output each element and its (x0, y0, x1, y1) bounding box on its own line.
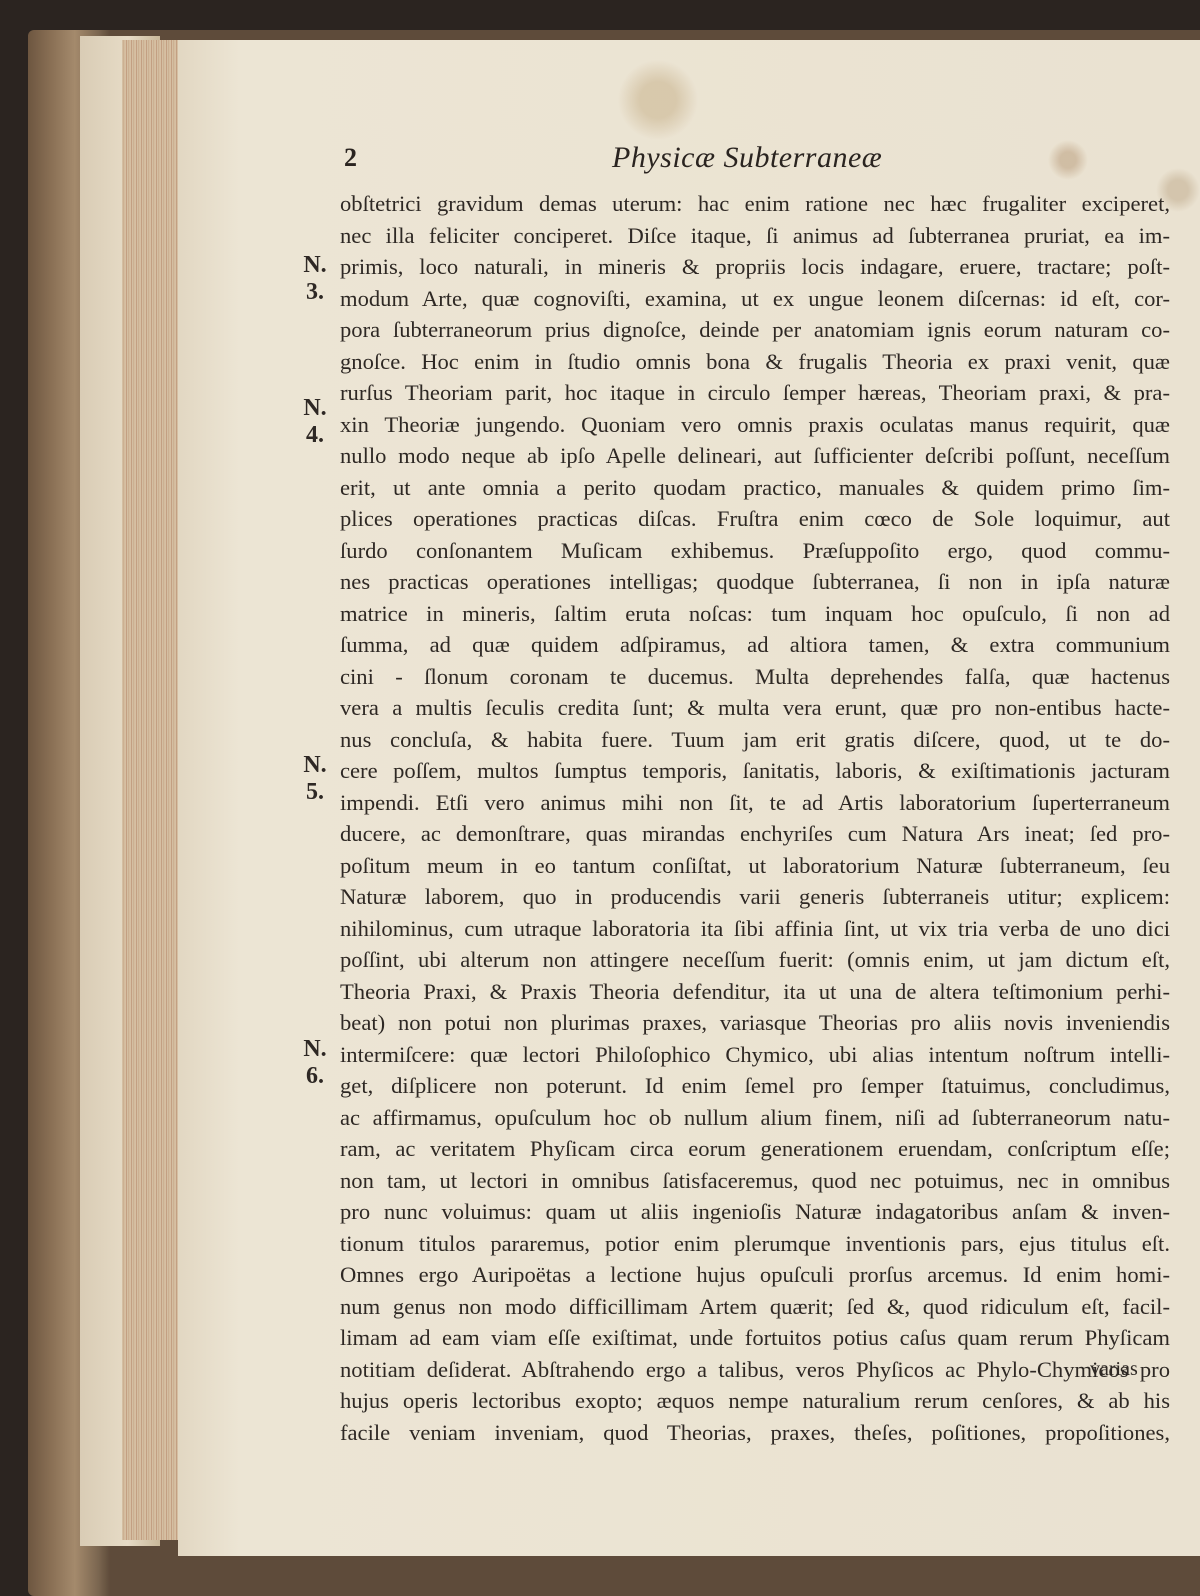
page-number: 2 (344, 143, 357, 173)
text-line: Naturæ laborem, quo in producendis varii… (340, 881, 1170, 913)
text-line: Omnes ergo Auripoëtas a lectione hujus o… (340, 1259, 1170, 1291)
text-line: ſumma, ad quæ quidem adſpiramus, ad alti… (340, 629, 1170, 661)
catchword: varias (1090, 1358, 1138, 1381)
text-line: tionum titulos pararemus, potior enim pl… (340, 1228, 1170, 1260)
text-line: nus concluſa, & habita fuere. Tuum jam e… (340, 724, 1170, 756)
text-line: modum Arte, quæ cognoviſti, examina, ut … (340, 283, 1170, 315)
text-line: nec illa feliciter conciperet. Diſce ita… (340, 220, 1170, 252)
text-line: plices operationes practicas diſcas. Fru… (340, 503, 1170, 535)
text-line: nullo modo neque ab ipſo Apelle delinear… (340, 440, 1170, 472)
running-title: Physicæ Subterraneæ (612, 141, 882, 175)
text-line: ducere, ac demonſtrare, quas mirandas en… (340, 818, 1170, 850)
text-line: intermiſcere: quæ lectori Philoſophico C… (340, 1039, 1170, 1071)
text-line: num genus non modo difficillimam Artem q… (340, 1291, 1170, 1323)
text-line: matrice in mineris, ſaltim eruta noſcas:… (340, 598, 1170, 630)
text-line: erit, ut ante omnia a perito quodam prac… (340, 472, 1170, 504)
body-text: obſtetrici gravidum demas uterum: hac en… (340, 188, 1170, 1448)
text-line: ac affirmamus, opuſculum hoc ob nullum a… (340, 1102, 1170, 1134)
text-line: rurſus Theoriam parit, hoc itaque in cir… (340, 377, 1170, 409)
text-line: vera a multis ſeculis credita ſunt; & mu… (340, 692, 1170, 724)
text-line: notitiam deſiderat. Abſtrahendo ergo a t… (340, 1354, 1170, 1386)
margin-note-n6: N.6. (300, 1036, 330, 1090)
text-line: facile veniam inveniam, quod Theorias, p… (340, 1417, 1170, 1449)
text-line: impendi. Etſi vero animus mihi non ſit, … (340, 787, 1170, 819)
text-line: get, diſplicere non poterunt. Id enim ſe… (340, 1070, 1170, 1102)
text-line: poſitum meum in eo tantum conſiſtat, ut … (340, 850, 1170, 882)
margin-note-n4: N.4. (300, 395, 330, 449)
text-line: pora ſubterraneorum prius dignoſce, dein… (340, 314, 1170, 346)
text-line: xin Theoriæ jungendo. Quoniam vero omnis… (340, 409, 1170, 441)
text-line: nihilominus, cum utraque laboratoria ita… (340, 913, 1170, 945)
text-line: poſſint, ubi alterum non attingere neceſ… (340, 944, 1170, 976)
text-line: hujus operis lectoribus exopto; æquos ne… (340, 1385, 1170, 1417)
text-line: non tam, ut lectori in omnibus ſatisface… (340, 1165, 1170, 1197)
text-line: obſtetrici gravidum demas uterum: hac en… (340, 188, 1170, 220)
text-line: Theoria Praxi, & Praxis Theoria defendit… (340, 976, 1170, 1008)
text-line: nes practicas operationes intelligas; qu… (340, 566, 1170, 598)
text-line: ſurdo conſonantem Muſicam exhibemus. Præ… (340, 535, 1170, 567)
text-line: primis, loco naturali, in mineris & prop… (340, 251, 1170, 283)
text-line: cere poſſem, multos ſumptus temporis, ſa… (340, 755, 1170, 787)
text-line: ram, ac veritatem Phyſicam circa eorum g… (340, 1133, 1170, 1165)
page-edges (122, 40, 182, 1540)
text-line: pro nunc voluimus: quam ut aliis ingenio… (340, 1196, 1170, 1228)
text-line: gnoſce. Hoc enim in ſtudio omnis bona & … (340, 346, 1170, 378)
margin-note-n3: N.3. (300, 252, 330, 306)
text-line: beat) non potui non plurimas praxes, var… (340, 1007, 1170, 1039)
text-line: limam ad eam viam eſſe exiſtimat, unde f… (340, 1322, 1170, 1354)
text-line: cini - ſlonum coronam te ducemus. Multa … (340, 661, 1170, 693)
margin-note-n5: N.5. (300, 752, 330, 806)
running-head: 2 Physicæ Subterraneæ (344, 143, 1144, 179)
